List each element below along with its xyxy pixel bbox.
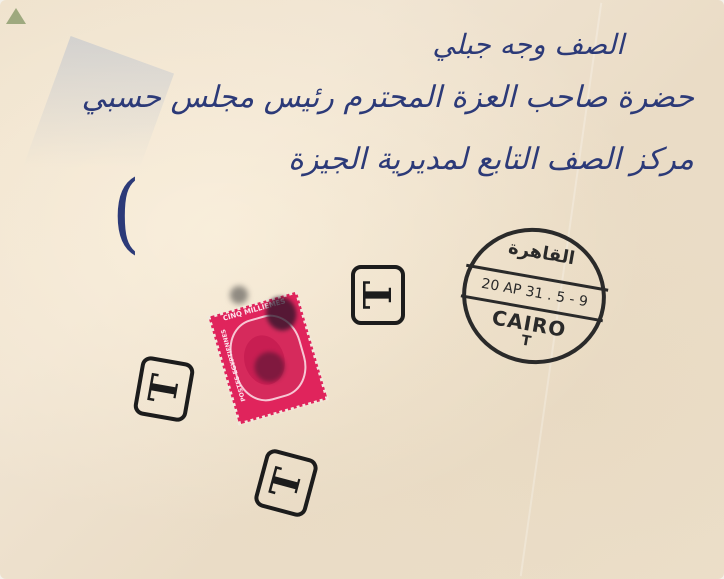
- tax-mark-t-icon: T: [351, 265, 405, 325]
- address-line-1: الصف وجه جبلي: [432, 28, 624, 61]
- postmark-date: 20 AP 31 . 5: [480, 276, 566, 306]
- tax-mark-t-icon: T: [132, 355, 196, 423]
- address-bracket: (: [112, 162, 140, 263]
- postage-stamp: CINQ MILLIEMES POSTES EGYPTIENNES: [208, 291, 327, 424]
- address-line-3: مركز الصف التابع لمديرية الجيزة: [288, 142, 694, 177]
- ink-smudge: [230, 286, 248, 304]
- postmark-suffix: - 9: [568, 291, 589, 310]
- address-line-2: حضرة صاحب العزة المحترم رئيس مجلس حسبي: [82, 80, 694, 115]
- cairo-postmark: القاهرة 20 AP 31 . 5 - 9 CAIRO T: [451, 217, 616, 376]
- envelope: الصف وجه جبلي حضرة صاحب العزة المحترم رئ…: [0, 0, 724, 579]
- tax-mark-t-icon: T: [252, 447, 320, 519]
- ink-stain: [16, 36, 174, 224]
- corner-tab: [6, 8, 26, 24]
